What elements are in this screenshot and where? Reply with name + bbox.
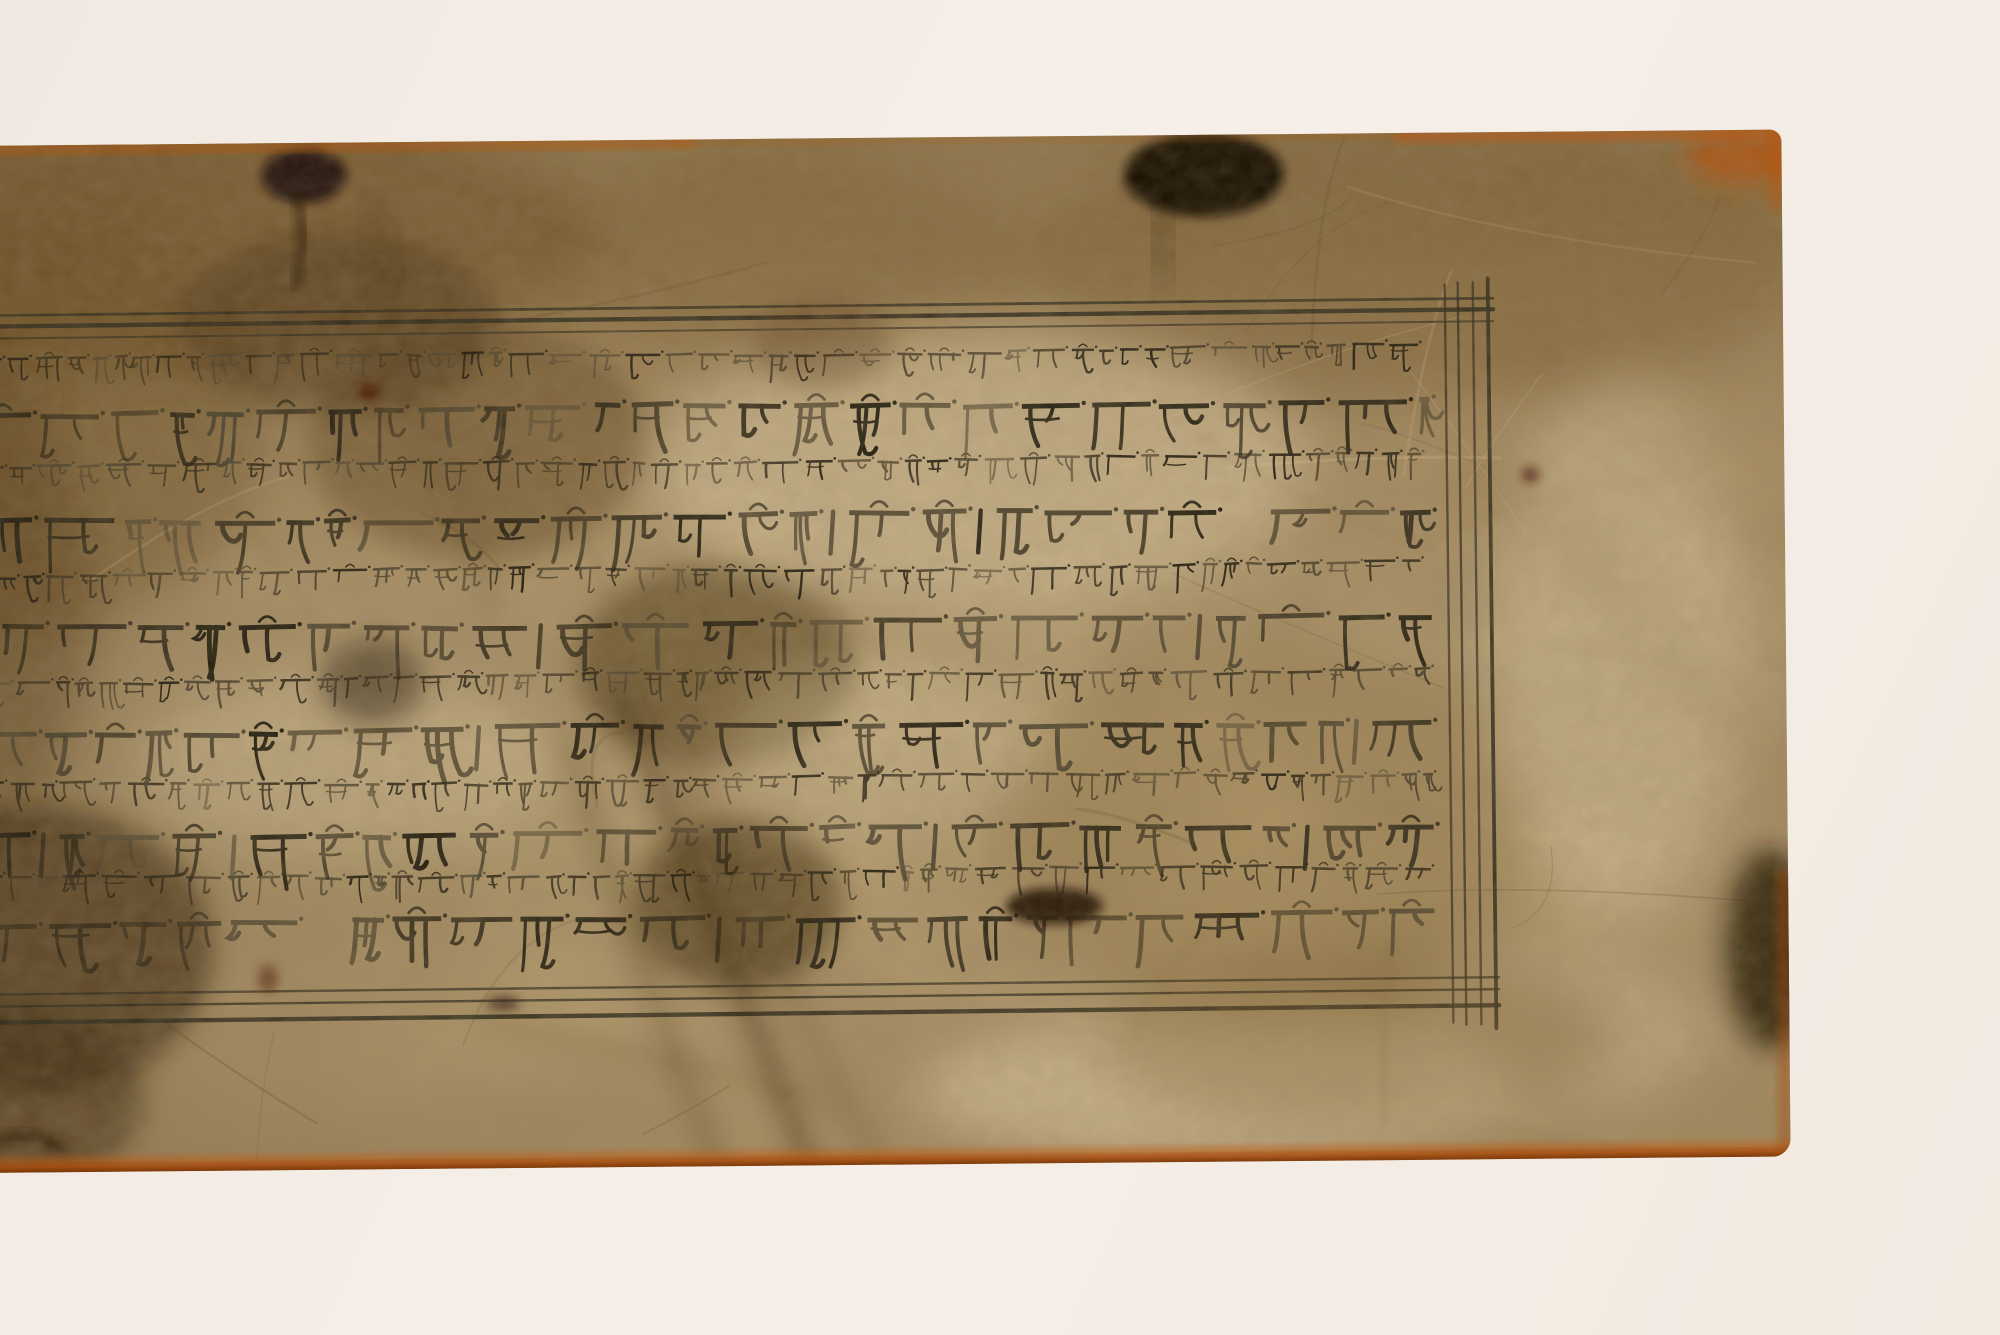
folio-photo-svg [0,130,1791,1174]
photo-backdrop [0,0,2000,1335]
paper-grain-noise [0,130,1791,1174]
manuscript-folio [0,130,1791,1174]
